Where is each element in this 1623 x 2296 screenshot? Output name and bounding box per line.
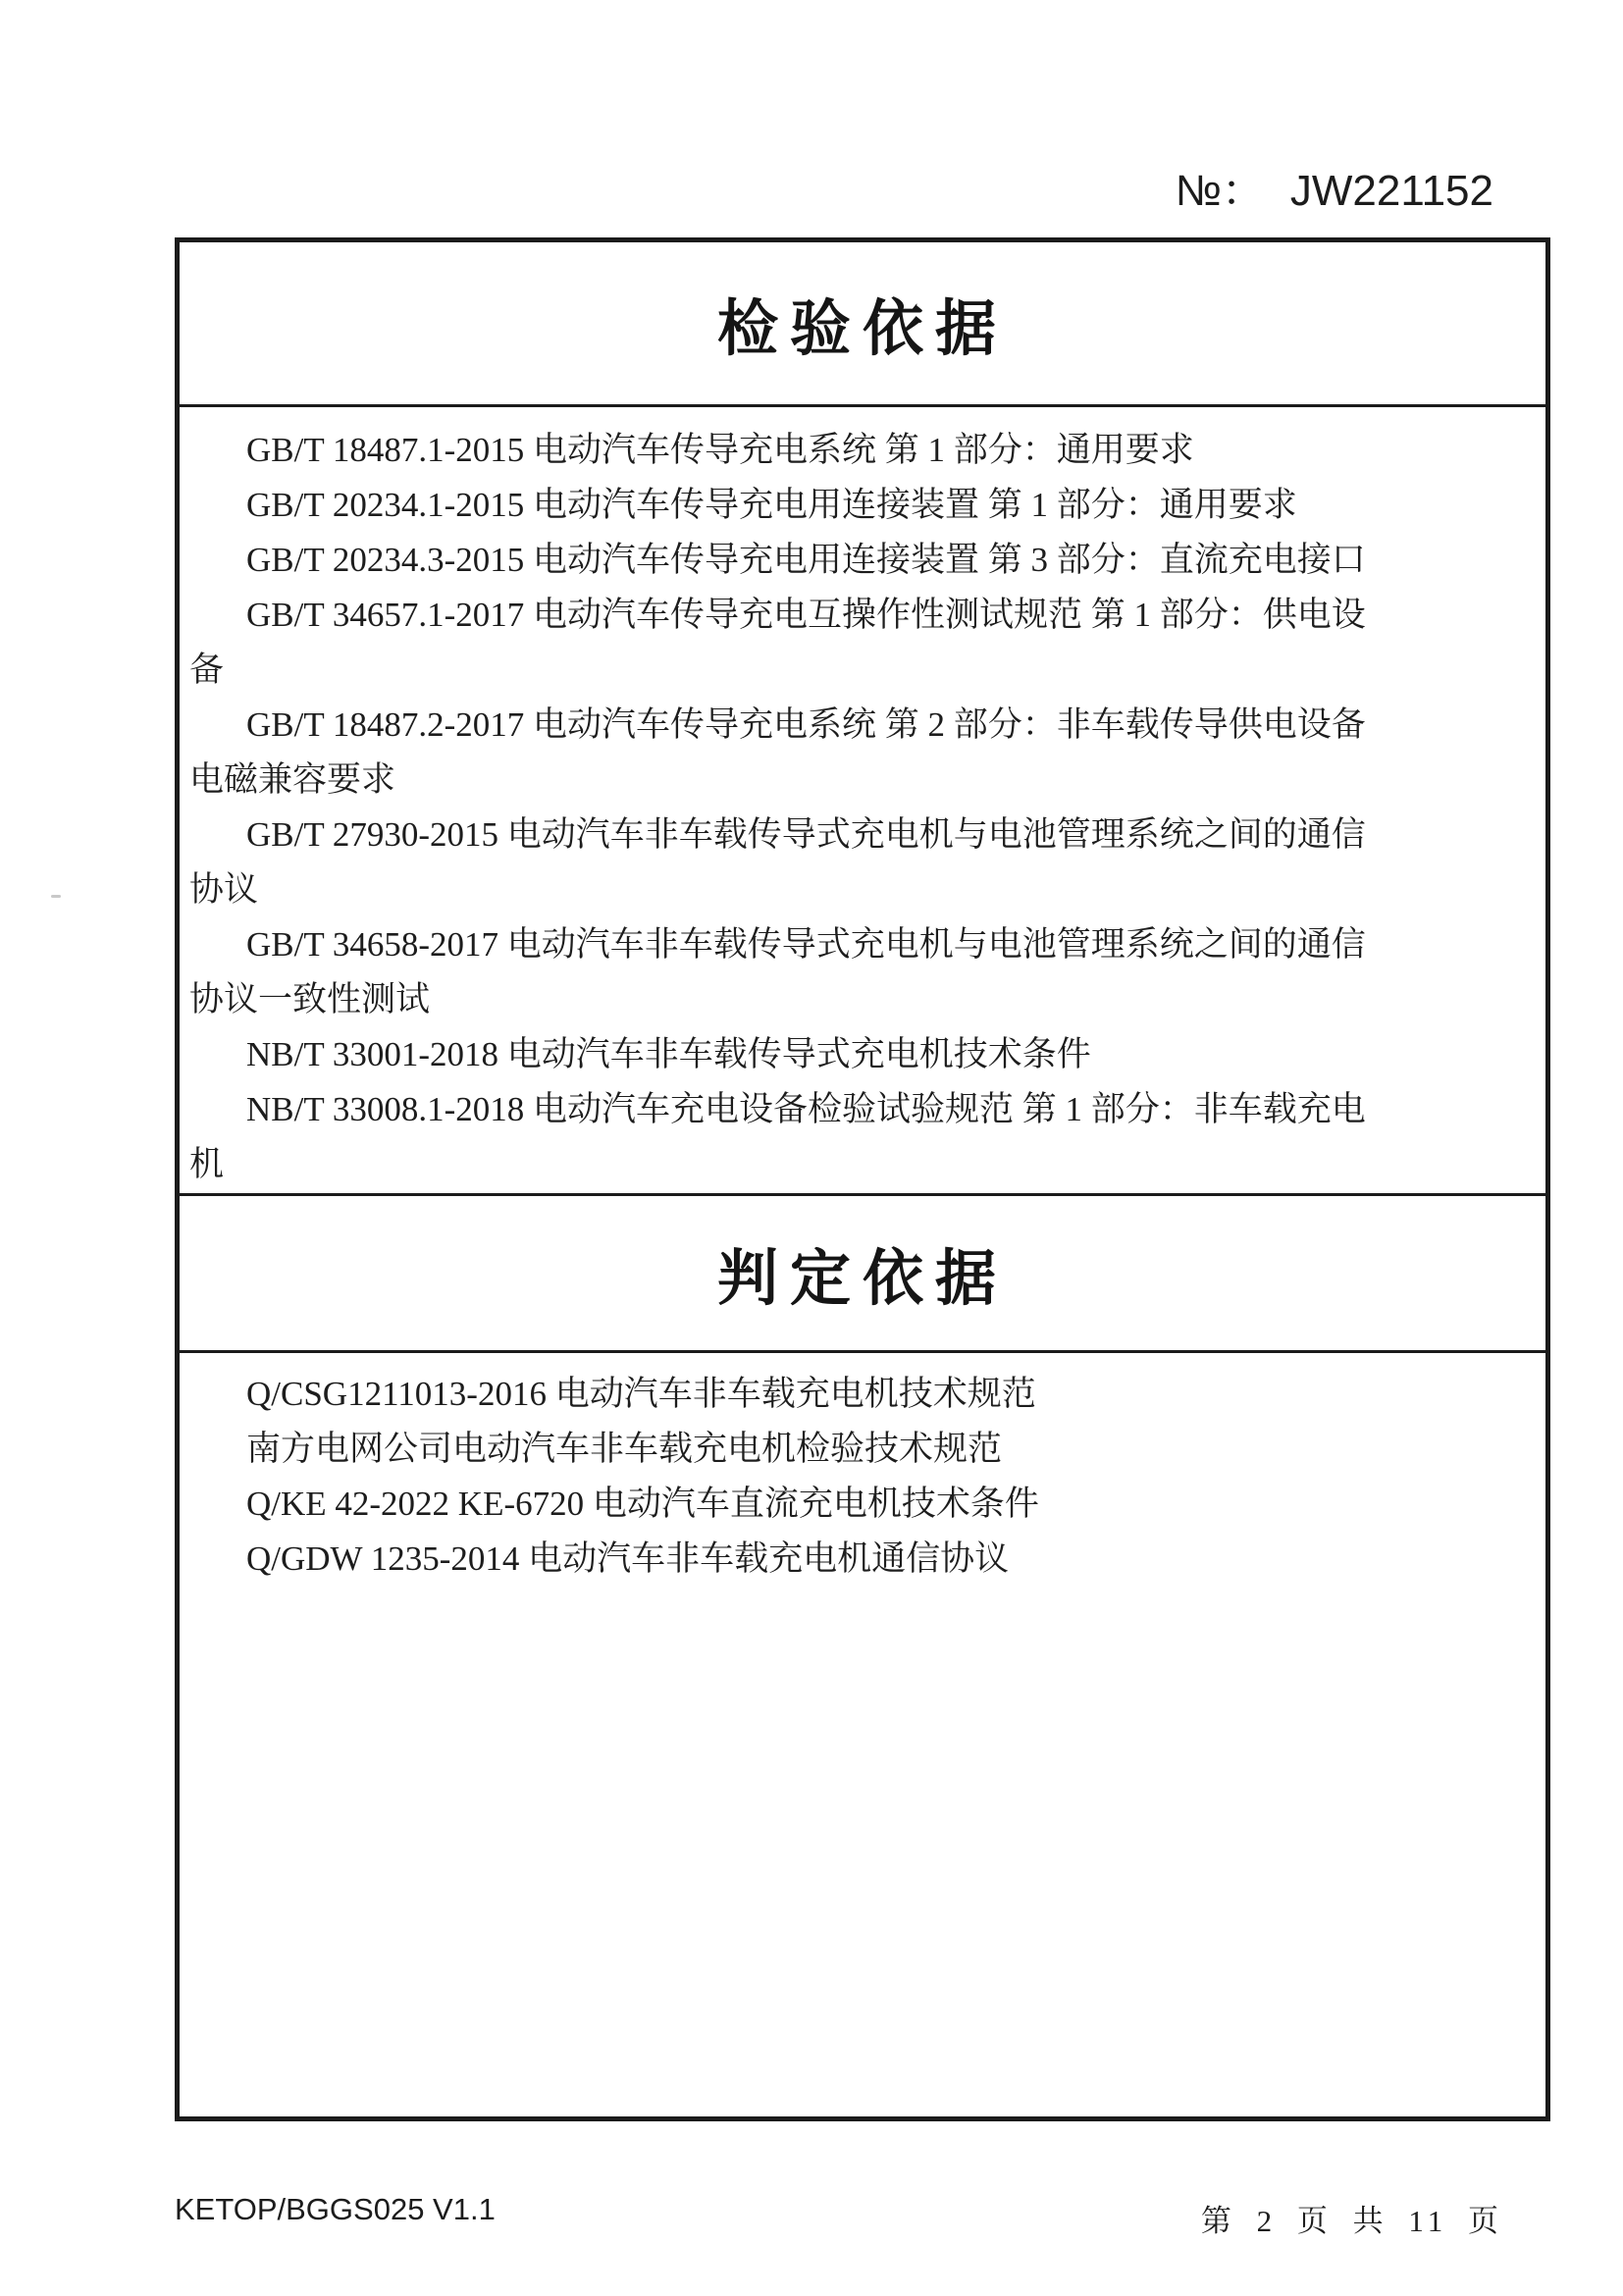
doc-no-value: JW221152 bbox=[1290, 167, 1493, 215]
standard-line: Q/CSG1211013-2016 电动汽车非车载充电机技术规范 bbox=[189, 1367, 1538, 1422]
document-number: №：JW221152 bbox=[1176, 155, 1493, 218]
standard-line-continuation: 协议 bbox=[189, 862, 1538, 917]
standard-line: Q/GDW 1235-2014 电动汽车非车载充电机通信协议 bbox=[189, 1532, 1538, 1587]
standard-line: GB/T 20234.3-2015 电动汽车传导充电用连接装置 第 3 部分：直… bbox=[189, 533, 1538, 588]
section-2-body: Q/CSG1211013-2016 电动汽车非车载充电机技术规范 南方电网公司电… bbox=[180, 1353, 1545, 2116]
report-table: 检验依据 GB/T 18487.1-2015 电动汽车传导充电系统 第 1 部分… bbox=[175, 237, 1550, 2121]
footer-page-number: 第 2 页 共 11 页 bbox=[1201, 2196, 1503, 2240]
standard-line: 南方电网公司电动汽车非车载充电机检验技术规范 bbox=[189, 1422, 1538, 1477]
standard-line: GB/T 34658-2017 电动汽车非车载传导式充电机与电池管理系统之间的通… bbox=[189, 917, 1538, 972]
section-1-body: GB/T 18487.1-2015 电动汽车传导充电系统 第 1 部分：通用要求… bbox=[180, 407, 1545, 1196]
doc-no-label: №： bbox=[1176, 167, 1265, 215]
section-1-title: 检验依据 bbox=[717, 280, 1008, 367]
standard-line: GB/T 20234.1-2015 电动汽车传导充电用连接装置 第 1 部分：通… bbox=[189, 478, 1538, 533]
standard-line-continuation: 电磁兼容要求 bbox=[189, 753, 1538, 808]
document-page: №：JW221152 检验依据 GB/T 18487.1-2015 电动汽车传导… bbox=[0, 0, 1623, 2296]
standard-line: GB/T 18487.2-2017 电动汽车传导充电系统 第 2 部分：非车载传… bbox=[189, 698, 1538, 753]
standard-line-continuation: 机 bbox=[189, 1137, 1538, 1192]
standard-line: NB/T 33001-2018 电动汽车非车载传导式充电机技术条件 bbox=[189, 1027, 1538, 1082]
footer-form-code: KETOP/BGGS025 V1.1 bbox=[175, 2192, 496, 2227]
standard-line-continuation: 备 bbox=[189, 643, 1538, 698]
standard-line: GB/T 18487.1-2015 电动汽车传导充电系统 第 1 部分：通用要求 bbox=[189, 423, 1538, 478]
section-2-title-band: 判定依据 bbox=[180, 1196, 1545, 1353]
standard-line: GB/T 34657.1-2017 电动汽车传导充电互操作性测试规范 第 1 部… bbox=[189, 588, 1538, 643]
standard-line: Q/KE 42-2022 KE-6720 电动汽车直流充电机技术条件 bbox=[189, 1477, 1538, 1532]
standard-line: GB/T 27930-2015 电动汽车非车载传导式充电机与电池管理系统之间的通… bbox=[189, 808, 1538, 862]
standard-line: NB/T 33008.1-2018 电动汽车充电设备检验试验规范 第 1 部分：… bbox=[189, 1082, 1538, 1137]
section-1-title-band: 检验依据 bbox=[180, 242, 1545, 407]
section-2-title: 判定依据 bbox=[717, 1229, 1008, 1317]
standard-line-continuation: 协议一致性测试 bbox=[189, 972, 1538, 1027]
scan-artifact bbox=[51, 895, 61, 898]
